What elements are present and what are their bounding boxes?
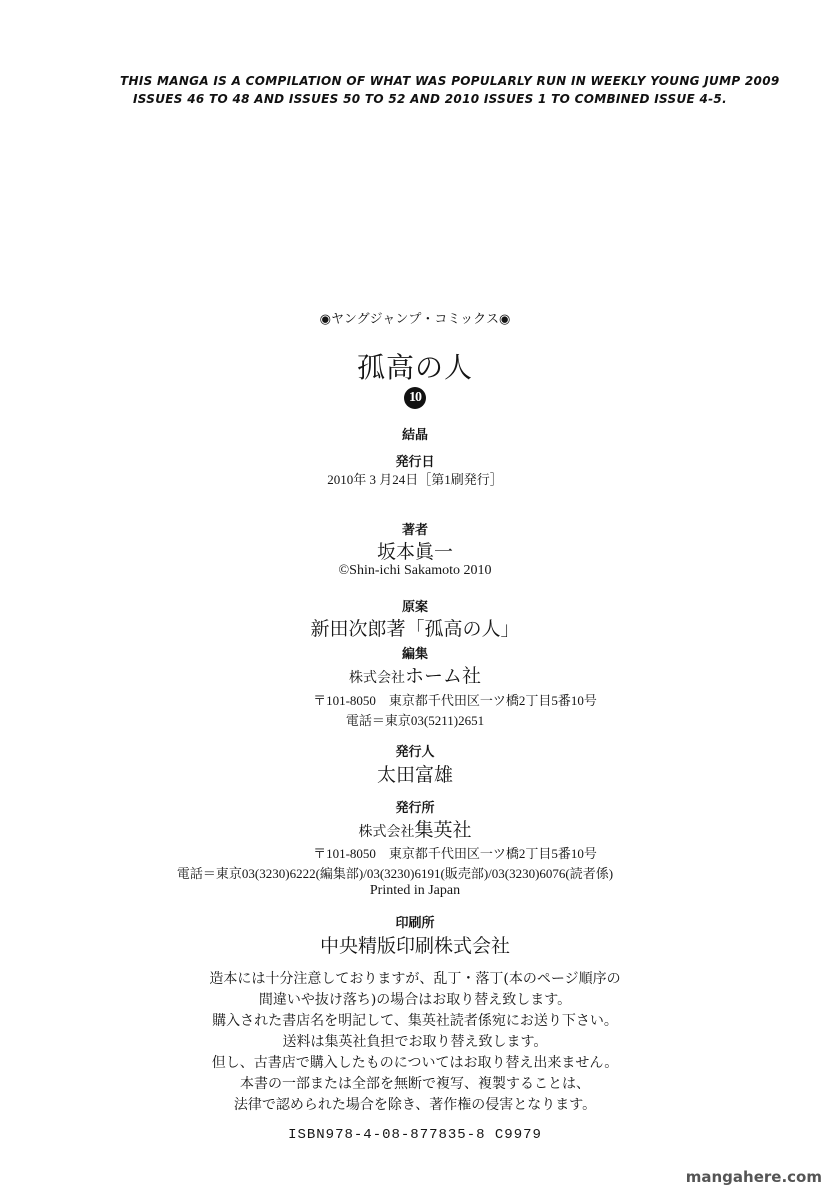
- publisher-person: 太田富雄: [0, 760, 830, 787]
- publisher-company-name: 集英社: [414, 819, 471, 841]
- editor-company-name: ホーム社: [405, 665, 481, 687]
- publisher-address: 〒101-8050 東京都千代田区一ツ橋2丁目5番10号: [40, 843, 830, 862]
- volume-badge-row: 10: [0, 386, 830, 409]
- author-name: 坂本眞一: [0, 537, 830, 564]
- notice-line-2: 間違いや抜け落ち)の場合はお取り替え致します。: [0, 991, 830, 1010]
- editor-company: 株式会社ホーム社: [0, 661, 830, 688]
- publish-date-label: 発行日: [0, 451, 830, 470]
- printed-in: Printed in Japan: [0, 883, 830, 899]
- series-label: ◉ヤングジャンプ・コミックス◉: [0, 308, 830, 327]
- printer-name: 中央精版印刷株式会社: [0, 931, 830, 958]
- printer-label: 印刷所: [0, 912, 830, 931]
- editor-label: 編集: [0, 643, 830, 662]
- volume-number-badge: 10: [404, 387, 426, 409]
- publisher-label: 発行所: [0, 797, 830, 816]
- isbn: ISBN978-4-08-877835-8 C9979: [0, 1127, 830, 1143]
- notice-line-1: 造本には十分注意しておりますが、乱丁・落丁(本のページ順序の: [0, 970, 830, 989]
- book-title: 孤高の人: [0, 346, 830, 386]
- original-work-label: 原案: [0, 596, 830, 615]
- translator-note-line-2: issues 46 to 48 and issues 50 to 52 and …: [120, 90, 740, 108]
- notice-line-7: 法律で認められた場合を除き、著作権の侵害となります。: [0, 1096, 830, 1115]
- site-watermark: mangahere.com: [686, 1168, 822, 1186]
- translator-note-line-1: This manga is a compilation of what was …: [120, 72, 740, 90]
- notice-line-4: 送料は集英社負担でお取り替え致します。: [0, 1033, 830, 1052]
- author-label: 著者: [0, 519, 830, 538]
- editor-phone: 電話＝東京03(5211)2651: [0, 710, 830, 729]
- editor-company-prefix: 株式会社: [349, 670, 405, 686]
- publisher-phone: 電話＝東京03(3230)6222(編集部)/03(3230)6191(販売部)…: [0, 863, 810, 882]
- publish-date: 2010年 3 月24日［第1刷発行］: [0, 469, 830, 488]
- notice-line-6: 本書の一部または全部を無断で複写、複製することは、: [0, 1075, 830, 1094]
- original-work: 新田次郎著「孤高の人」: [0, 614, 830, 641]
- volume-subtitle: 結晶: [0, 424, 830, 443]
- notice-line-3: 購入された書店名を明記して、集英社読者係宛にお送り下さい。: [0, 1012, 830, 1031]
- copyright: ©Shin-ichi Sakamoto 2010: [0, 563, 830, 579]
- publisher-company-prefix: 株式会社: [358, 824, 414, 840]
- publisher-person-label: 発行人: [0, 741, 830, 760]
- notice-line-5: 但し、古書店で購入したものについてはお取り替え出来ません。: [0, 1054, 830, 1073]
- editor-address: 〒101-8050 東京都千代田区一ツ橋2丁目5番10号: [40, 690, 830, 709]
- publisher-company: 株式会社集英社: [0, 815, 830, 842]
